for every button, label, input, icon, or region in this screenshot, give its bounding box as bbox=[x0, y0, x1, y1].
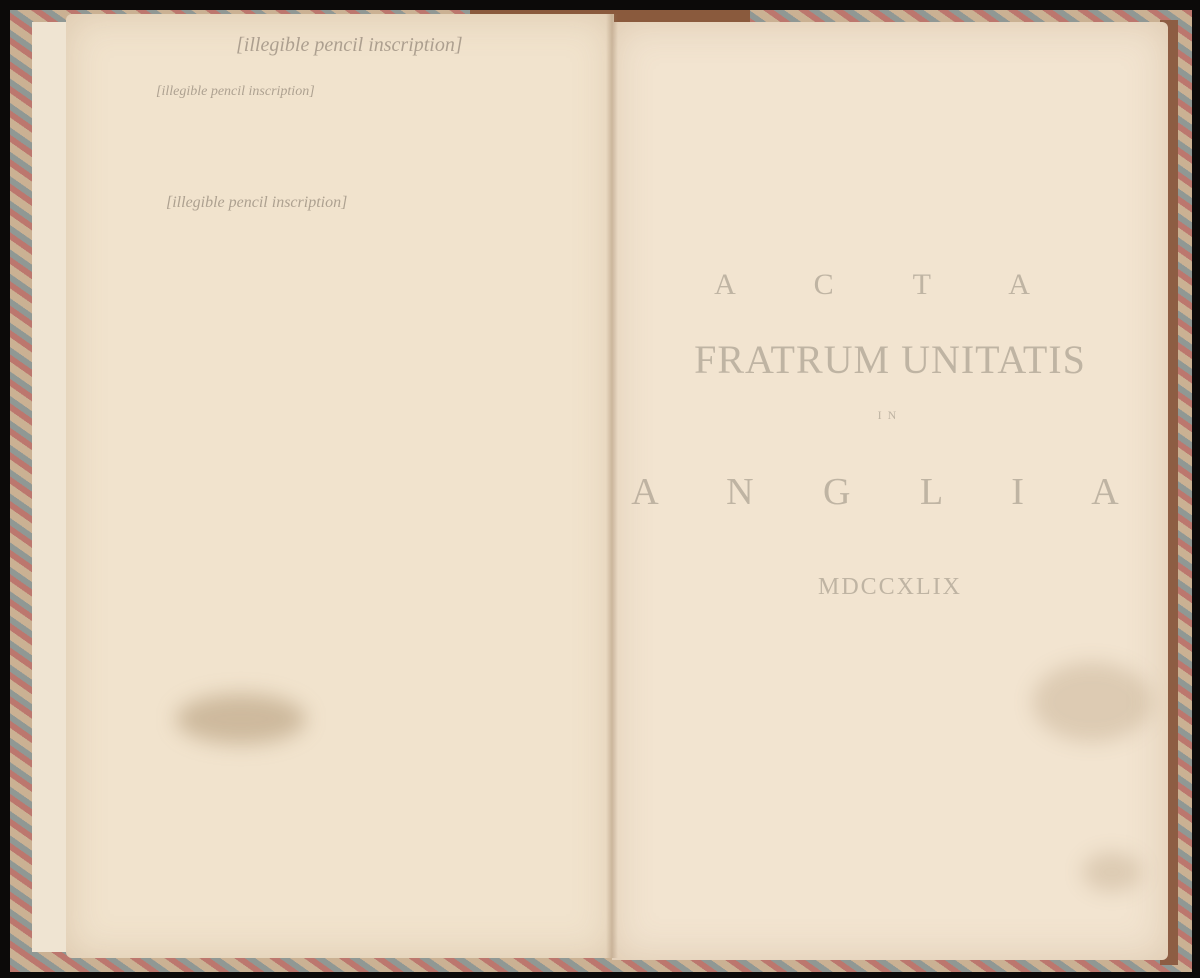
stain bbox=[1032, 662, 1152, 742]
title-anglia: A N G L I A bbox=[612, 470, 1168, 514]
handwritten-inscription: [illegible pencil inscription] bbox=[236, 34, 463, 57]
title-in: IN bbox=[612, 408, 1168, 423]
handwritten-inscription: [illegible pencil inscription] bbox=[166, 194, 347, 212]
stain bbox=[176, 694, 306, 744]
handwritten-inscription: [illegible pencil inscription] bbox=[156, 84, 315, 100]
title-fratrum-unitatis: FRATRUM UNITATIS bbox=[612, 336, 1168, 383]
title-date: MDCCXLIX bbox=[612, 574, 1168, 601]
left-page: [illegible pencil inscription] [illegibl… bbox=[66, 14, 614, 958]
title-acta: A C T A bbox=[612, 268, 1168, 302]
stain bbox=[1082, 852, 1142, 892]
